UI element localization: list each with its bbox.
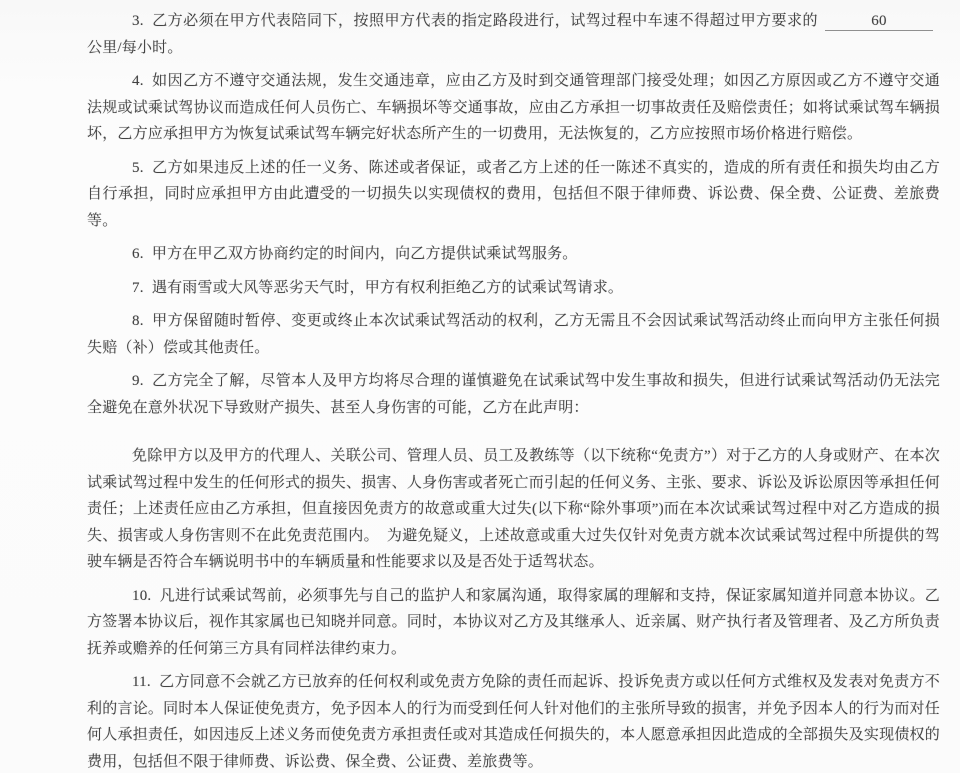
- clause-7-text: 遇有雨雪或大风等恶劣天气时，甲方有权利拒绝乙方的试乘试驾请求。: [152, 280, 623, 296]
- clause-11-paragraph: 11.乙方同意不会就乙方已放弃的任何权利或免责方免除的责任而起诉、投诉免责方或以…: [87, 669, 940, 773]
- speed-limit-value: 60: [871, 13, 886, 29]
- clause-3-text-after: 公里/每小时。: [87, 40, 183, 56]
- clause-3-text-before: 乙方必须在甲方代表陪同下，按照甲方代表的指定路段进行，试驾过程中车速不得超过甲方…: [152, 13, 818, 29]
- clause-4-text: 如因乙方不遵守交通法规，发生交通违章，应由乙方及时到交通管理部门接受处理；如因乙…: [87, 73, 940, 142]
- clause-6-text: 甲方在甲乙双方协商约定的时间内，向乙方提供试乘试驾服务。: [152, 246, 578, 262]
- clause-11-number: 11.: [132, 674, 151, 690]
- contract-page: 3.乙方必须在甲方代表陪同下，按照甲方代表的指定路段进行，试驾过程中车速不得超过…: [0, 0, 960, 773]
- clause-5-number: 5.: [132, 160, 144, 176]
- release-of-liability-paragraph: 免除甲方以及甲方的代理人、关联公司、管理人员、员工及教练等（以下统称“免责方”）…: [87, 443, 940, 576]
- clause-7-number: 7.: [132, 280, 144, 296]
- clause-3-number: 3.: [132, 13, 144, 29]
- clause-8-paragraph: 8.甲方保留随时暂停、变更或终止本次试乘试驾活动的权利，乙方无需且不会因试乘试驾…: [87, 308, 940, 361]
- clause-10-paragraph: 10.凡进行试乘试驾前，必须事先与自己的监护人和家属沟通，取得家属的理解和支持，…: [87, 583, 940, 663]
- clause-11-text: 乙方同意不会就乙方已放弃的任何权利或免责方免除的责任而起诉、投诉免责方或以任何方…: [87, 674, 940, 770]
- clause-4-paragraph: 4.如因乙方不遵守交通法规，发生交通违章，应由乙方及时到交通管理部门接受处理；如…: [87, 68, 940, 148]
- clause-8-text: 甲方保留随时暂停、变更或终止本次试乘试驾活动的权利，乙方无需且不会因试乘试驾活动…: [87, 313, 940, 356]
- clause-6-paragraph: 6.甲方在甲乙双方协商约定的时间内，向乙方提供试乘试驾服务。: [87, 241, 940, 268]
- release-of-liability-text: 免除甲方以及甲方的代理人、关联公司、管理人员、员工及教练等（以下统称“免责方”）…: [87, 448, 940, 570]
- clause-10-text: 凡进行试乘试驾前，必须事先与自己的监护人和家属沟通，取得家属的理解和支持，保证家…: [87, 588, 940, 657]
- clause-9-text: 乙方完全了解，尽管本人及甲方均将尽合理的谨慎避免在试乘试驾中发生事故和损失，但进…: [87, 373, 940, 416]
- clause-3-paragraph: 3.乙方必须在甲方代表陪同下，按照甲方代表的指定路段进行，试驾过程中车速不得超过…: [87, 8, 940, 61]
- clause-6-number: 6.: [132, 246, 144, 262]
- clause-10-number: 10.: [132, 588, 151, 604]
- clause-5-text: 乙方如果违反上述的任一义务、陈述或者保证，或者乙方上述的任一陈述不真实的，造成的…: [87, 160, 940, 229]
- clause-4-number: 4.: [132, 73, 144, 89]
- clause-5-paragraph: 5.乙方如果违反上述的任一义务、陈述或者保证，或者乙方上述的任一陈述不真实的，造…: [87, 155, 940, 235]
- clause-8-number: 8.: [132, 313, 144, 329]
- clause-9-number: 9.: [132, 373, 144, 389]
- speed-limit-blank: 60: [825, 12, 933, 31]
- clause-7-paragraph: 7.遇有雨雪或大风等恶劣天气时，甲方有权利拒绝乙方的试乘试驾请求。: [87, 275, 940, 302]
- clause-9-paragraph: 9.乙方完全了解，尽管本人及甲方均将尽合理的谨慎避免在试乘试驾中发生事故和损失，…: [87, 368, 940, 421]
